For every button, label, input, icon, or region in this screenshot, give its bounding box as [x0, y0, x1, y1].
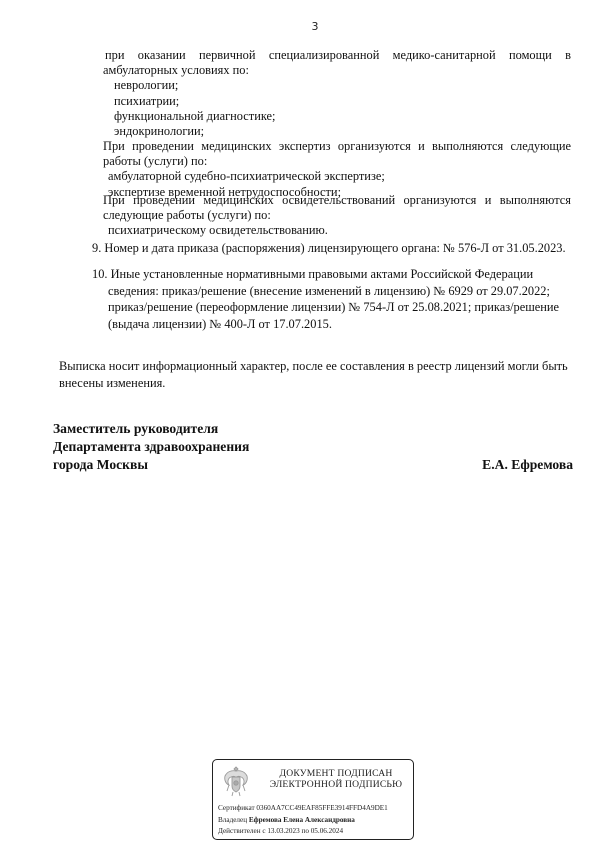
item-text-line: приказ/решение (переоформление лицензии)…: [108, 299, 572, 316]
owner-label: Владелец: [218, 816, 247, 824]
page-number: 3: [0, 20, 597, 33]
signer-position-line: Департамента здравоохранения: [53, 438, 573, 456]
electronic-signature-stamp: ДОКУМЕНТ ПОДПИСАН ЭЛЕКТРОННОЙ ПОДПИСЬЮ С…: [212, 759, 414, 840]
examinations-intro-line1: При проведении медицинских освидетельств…: [103, 193, 571, 208]
list-item: неврологии;: [103, 78, 571, 93]
section-examinations: При проведении медицинских освидетельств…: [103, 193, 571, 239]
item-text-line: (выдача лицензии) № 400-Л от 17.07.2015.: [108, 316, 572, 333]
item-text-line: Иные установленные нормативными правовым…: [111, 266, 534, 283]
expertise-intro-line1: При проведении медицинских экспертиз орг…: [103, 139, 571, 154]
list-item: функциональной диагностике;: [103, 109, 571, 124]
signer-position-line: Заместитель руководителя: [53, 420, 573, 438]
list-item: амбулаторной судебно-психиатрической экс…: [103, 169, 571, 184]
coat-of-arms-icon: [221, 764, 251, 798]
section-expertise: При проведении медицинских экспертиз орг…: [103, 139, 571, 200]
item-number: 10.: [92, 266, 111, 283]
owner-value: Ефремова Елена Александровна: [249, 816, 355, 824]
note-line1: Выписка носит информационный характер, п…: [59, 358, 574, 375]
numbered-item-10: 10. Иные установленные нормативными прав…: [92, 266, 572, 332]
certificate-value: 0360AA7CC49EAF85FFE3914FFD4A9DE1: [256, 804, 387, 812]
stamp-validity: Действителен с 13.03.2023 по 05.06.2024: [218, 827, 343, 835]
item-number: 9.: [92, 240, 104, 257]
signer-name: Е.А. Ефремова: [482, 456, 573, 474]
signature-block: Заместитель руководителя Департамента зд…: [53, 420, 573, 474]
stamp-title-line2: ЭЛЕКТРОННОЙ ПОДПИСЬЮ: [261, 779, 411, 790]
stamp-owner: Владелец Ефремова Елена Александровна: [218, 816, 355, 824]
note-line2: внесены изменения.: [59, 375, 574, 392]
list-item: психиатрическому освидетельствованию.: [103, 223, 571, 238]
stamp-title: ДОКУМЕНТ ПОДПИСАН ЭЛЕКТРОННОЙ ПОДПИСЬЮ: [261, 768, 411, 790]
examinations-intro-line2: следующие работы (услуги) по:: [103, 208, 571, 223]
certificate-label: Сертификат: [218, 804, 255, 812]
expertise-intro-line2: работы (услуги) по:: [103, 154, 571, 169]
stamp-certificate: Сертификат 0360AA7CC49EAF85FFE3914FFD4A9…: [218, 804, 388, 812]
item-text: Номер и дата приказа (распоряжения) лице…: [104, 240, 565, 257]
section-primary-care: при оказании первичной специализированно…: [103, 48, 571, 139]
primary-intro-line2: амбулаторных условиях по:: [103, 63, 571, 78]
primary-intro-line1: при оказании первичной специализированно…: [103, 48, 571, 63]
numbered-item-9: 9. Номер и дата приказа (распоряжения) л…: [92, 240, 572, 257]
item-text-line: сведения: приказ/решение (внесение измен…: [108, 283, 572, 300]
informational-note: Выписка носит информационный характер, п…: [59, 358, 574, 392]
list-item: психиатрии;: [103, 94, 571, 109]
list-item: эндокринологии;: [103, 124, 571, 139]
stamp-title-line1: ДОКУМЕНТ ПОДПИСАН: [261, 768, 411, 779]
